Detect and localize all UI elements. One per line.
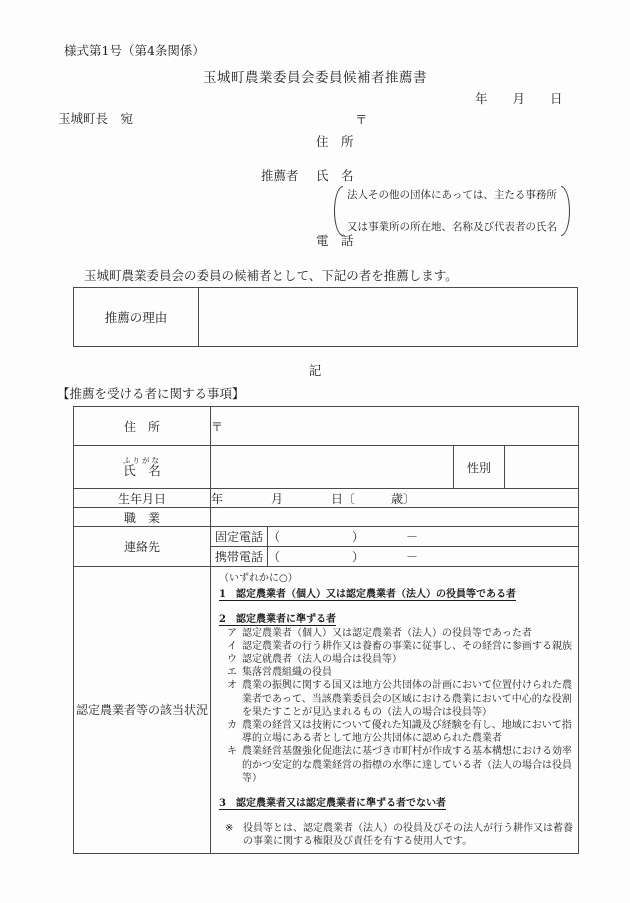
name-value-field[interactable] [211,446,454,489]
eligibility-note: ※役員等とは、認定農業者（法人）の役員及びその法人が行う耕作又は蓄養の事業に関す… [225,822,573,848]
section-heading: 【推薦を受ける者に関する事項】 [57,384,245,402]
addressee: 玉城町長 宛 [58,109,133,127]
eligibility-item: キ農業経営基盤強化促進法に基づき市町村が作成する基本構想における効率的かつ安定的… [227,745,573,785]
postal-mark: 〒 [355,110,368,128]
fixed-phone-value-field[interactable]: （ ） － [268,527,579,547]
eligibility-row-label: 認定農業者等の該当状況 [74,567,211,854]
address-row-label: 住 所 [74,407,211,446]
address-value-field[interactable]: 〒 [211,407,579,446]
name-row-label: ふりがな 氏 名 [74,446,211,489]
table-row: 職 業 [74,508,579,527]
fixed-phone-label: 固定電話 [211,527,268,547]
form-number: 様式第1号（第4条関係） [64,41,205,59]
eligibility-item: イ認定農業者の行う耕作又は養畜の事業に従事し、その経営に参画する親族 [227,640,573,653]
eligibility-item: ウ認定就農者（法人の場合は役員等） [227,653,573,666]
mobile-phone-value-field[interactable]: （ ） － [268,547,579,567]
statement: 玉城町農業委員会の委員の候補者として、下記の者を推薦します。 [84,266,458,284]
birthdate-value-field[interactable]: 年 月 日〔 歳〕 [211,489,579,508]
eligibility-instruction: （いずれかに○） [219,572,573,585]
occupation-label: 職 業 [74,508,211,527]
address-label: 住 所 [316,132,354,150]
corporate-note: 法人その他の団体にあっては、主たる事務所 又は事業所の所在地、名称及び代表者の氏… [334,186,570,236]
contact-label: 連絡先 [74,527,211,567]
occupation-value-field[interactable] [211,508,579,527]
mobile-phone-label: 携帯電話 [211,547,268,567]
page-title: 玉城町農業委員会委員候補者推薦書 [0,66,630,86]
left-paren-shape [334,186,343,236]
eligibility-item: ア認定農業者（個人）又は認定農業者（法人）の役員等であった者 [227,627,573,640]
ki-marker: 記 [0,361,630,379]
birthdate-label: 生年月日 [74,489,211,508]
eligibility-group-3: 3 認定農業者又は認定農業者に準ずる者でない者 [219,797,573,810]
corporate-note-line1: 法人その他の団体にあっては、主たる事務所 [347,189,557,201]
eligibility-item: オ農業の振興に関する国又は地方公共団体の計画において位置付けられた農業者であって… [227,679,573,719]
eligibility-group-1: 1 認定農業者（個人）又は認定農業者（法人）の役員等である者 [219,588,573,601]
corporate-note-line2: 又は事業所の所在地、名称及び代表者の氏名 [347,221,557,233]
reason-label: 推薦の理由 [74,288,199,346]
eligibility-group-2: 2 認定農業者に準ずる者 [219,613,573,626]
recommender-label: 推薦者 [261,166,299,184]
eligibility-item: エ集落営農組織の役員 [227,666,573,679]
table-row: 住 所 〒 [74,407,579,446]
detail-table: 住 所 〒 ふりがな 氏 名 性別 生年月日 年 月 日〔 歳〕 職 業 連絡先 [73,406,579,854]
table-row: 連絡先 固定電話 （ ） － [74,527,579,547]
phone-label: 電 話 [316,231,354,249]
postal-mark-cell: 〒 [211,420,223,434]
gender-label: 性別 [454,446,505,489]
right-paren-shape [561,186,570,236]
table-row: 生年月日 年 月 日〔 歳〕 [74,489,579,508]
date-line: 年 月 日 [475,89,563,107]
reason-value-field[interactable] [199,288,577,346]
recommender-name-label: 氏 名 [316,166,354,184]
table-row: 認定農業者等の該当状況 （いずれかに○） 1 認定農業者（個人）又は認定農業者（… [74,567,579,854]
table-row: ふりがな 氏 名 性別 [74,446,579,489]
note-mark: ※ [225,822,243,848]
document-page: 様式第1号（第4条関係） 玉城町農業委員会委員候補者推薦書 年 月 日 玉城町長… [0,0,630,903]
eligibility-cell: （いずれかに○） 1 認定農業者（個人）又は認定農業者（法人）の役員等である者 … [211,567,579,854]
reason-table: 推薦の理由 [73,287,578,347]
gender-value-field[interactable] [505,446,579,489]
eligibility-item: カ農業の経営又は技術について優れた知識及び経験を有し、地域において指導的立場にあ… [227,719,573,745]
name-label-cell: 氏 名 [74,465,210,478]
